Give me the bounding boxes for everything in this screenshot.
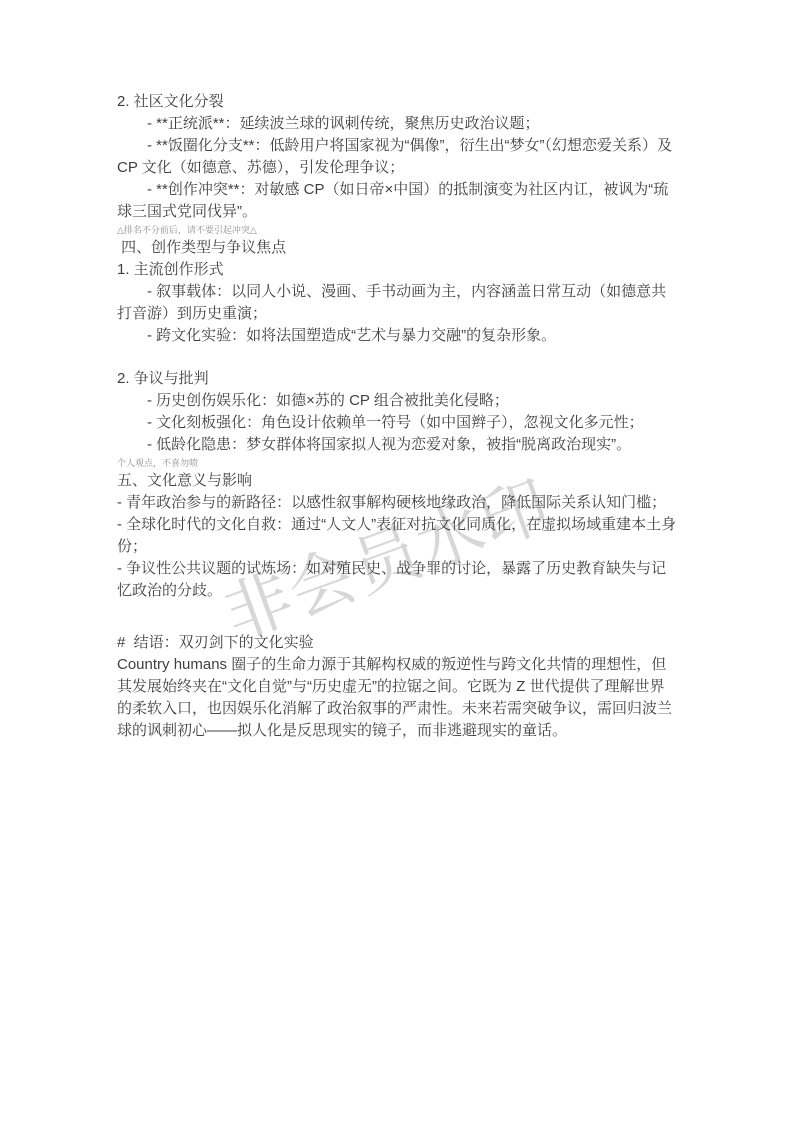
section-conclusion: # 结语：双刃剑下的文化实验 Country humans 圈子的生命力源于其解… xyxy=(117,632,678,742)
conclusion-paragraph: Country humans 圈子的生命力源于其解构权威的叛逆性与跨文化共情的理… xyxy=(117,654,678,742)
bullet-creation-conflict: - **创作冲突**：对敏感 CP（如日帝×中国）的抵制演变为社区内讧，被讽为“… xyxy=(117,179,678,223)
ranking-disclaimer-note: △排名不分前后，请不要引起冲突△ xyxy=(117,223,678,237)
bullet-fandom-branch: - **饭圈化分支**：低龄用户将国家视为“偶像”，衍生出“梦女”（幻想恋爱关系… xyxy=(117,135,678,179)
mainstream-forms-heading: 1. 主流创作形式 xyxy=(117,259,678,281)
bullet-cultural-self-rescue: - 全球化时代的文化自救：通过“人文人”表征对抗文化同质化，在虚拟场域重建本土身… xyxy=(117,514,678,558)
section-cultural-impact: 五、文化意义与影响 - 青年政治参与的新路径：以感性叙事解构硬核地缘政治，降低国… xyxy=(117,470,678,602)
creation-types-heading: 四、创作类型与争议焦点 xyxy=(117,237,678,259)
community-split-heading: 2. 社区文化分裂 xyxy=(117,91,678,113)
bullet-cross-culture-experiment: - 跨文化实验：如将法国塑造成“艺术与暴力交融”的复杂形象。 xyxy=(117,325,678,347)
blank-line-spacer xyxy=(117,347,678,368)
cultural-impact-heading: 五、文化意义与影响 xyxy=(117,470,678,492)
bullet-orthodox-faction: - **正统派**：延续波兰球的讽刺传统，聚焦历史政治议题； xyxy=(117,113,678,135)
bullet-underage-risk: - 低龄化隐患：梦女群体将国家拟人视为恋爱对象，被指“脱离政治现实”。 xyxy=(117,434,678,456)
bullet-public-issue-arena: - 争议性公共议题的试炼场：如对殖民史、战争罪的讨论，暴露了历史教育缺失与记忆政… xyxy=(117,558,678,602)
section-creation-types: 四、创作类型与争议焦点 1. 主流创作形式 - 叙事载体：以同人小说、漫画、手书… xyxy=(117,237,678,470)
conclusion-heading: # 结语：双刃剑下的文化实验 xyxy=(117,632,678,654)
document-page: 非会员水印 2. 社区文化分裂 - **正统派**：延续波兰球的讽刺传统，聚焦历… xyxy=(0,0,794,1122)
personal-opinion-note: 个人观点，不喜勿喷 xyxy=(117,456,678,470)
bullet-stereotype-reinforcement: - 文化刻板强化：角色设计依赖单一符号（如中国辫子），忽视文化多元性； xyxy=(117,412,678,434)
controversy-critique-heading: 2. 争议与批判 xyxy=(117,368,678,390)
document-body: 2. 社区文化分裂 - **正统派**：延续波兰球的讽刺传统，聚焦历史政治议题；… xyxy=(117,91,678,742)
bullet-narrative-carrier: - 叙事载体：以同人小说、漫画、手书动画为主，内容涵盖日常互动（如德意共打音游）… xyxy=(117,281,678,325)
bullet-youth-politics: - 青年政治参与的新路径：以感性叙事解构硬核地缘政治，降低国际关系认知门槛； xyxy=(117,492,678,514)
section-community-split: 2. 社区文化分裂 - **正统派**：延续波兰球的讽刺传统，聚焦历史政治议题；… xyxy=(117,91,678,237)
bullet-trauma-entertainment: - 历史创伤娱乐化：如德×苏的 CP 组合被批美化侵略； xyxy=(117,390,678,412)
